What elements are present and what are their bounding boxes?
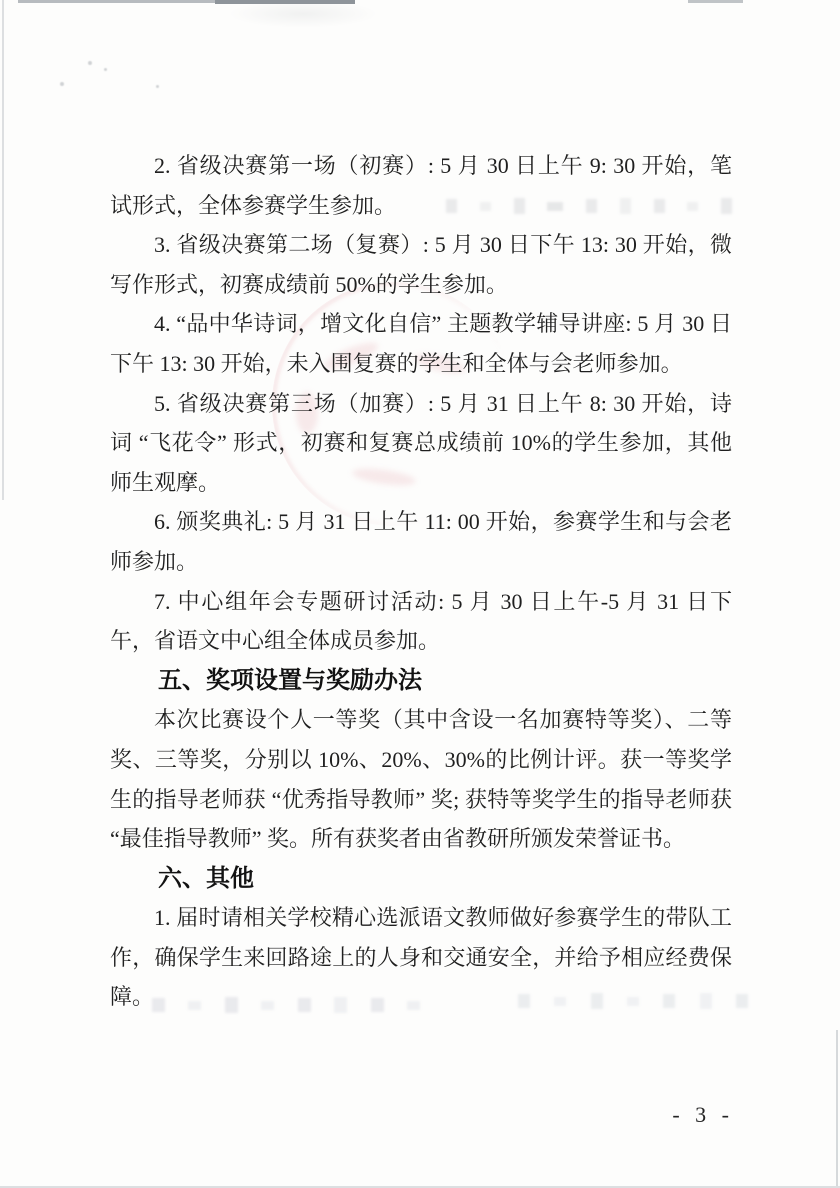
paragraph-item-7-seminar: 7. 中心组年会专题研讨活动: 5 月 30 日上午-5 月 31 日下午，省语…	[110, 582, 732, 661]
scan-edge-artifact	[836, 1030, 838, 1188]
scan-smudge-artifact	[228, 0, 378, 28]
paragraph-item-5-third-round: 5. 省级决赛第三场（加赛）: 5 月 31 日上午 8: 30 开始，诗词 “…	[110, 384, 732, 503]
scan-speck	[156, 85, 159, 88]
document-body: 2. 省级决赛第一场（初赛）: 5 月 30 日上午 9: 30 开始，笔试形式…	[110, 146, 732, 1017]
page-number: - 3 -	[672, 1102, 734, 1128]
scan-speck	[88, 61, 92, 65]
scan-speck	[60, 82, 64, 86]
paragraph-item-3-second-round: 3. 省级决赛第二场（复赛）: 5 月 30 日下午 13: 30 开始，微写作…	[110, 225, 732, 304]
heading-section-5-awards: 五、奖项设置与奖励办法	[110, 661, 732, 701]
scanned-document-page: 2. 省级决赛第一场（初赛）: 5 月 30 日上午 9: 30 开始，笔试形式…	[0, 0, 840, 1188]
scan-edge-artifact	[2, 0, 4, 500]
paragraph-others-item-1: 1. 届时请相关学校精心选派语文教师做好参赛学生的带队工作，确保学生来回路途上的…	[110, 898, 732, 1017]
heading-section-6-others: 六、其他	[110, 859, 732, 899]
paragraph-item-2-first-round: 2. 省级决赛第一场（初赛）: 5 月 30 日上午 9: 30 开始，笔试形式…	[110, 146, 732, 225]
scan-edge-artifact	[18, 0, 218, 3]
scan-edge-artifact	[688, 0, 743, 3]
paragraph-item-6-award-ceremony: 6. 颁奖典礼: 5 月 31 日上午 11: 00 开始，参赛学生和与会老师参…	[110, 502, 732, 581]
paragraph-item-4-lecture: 4. “品中华诗词，增文化自信” 主题教学辅导讲座: 5 月 30 日下午 13…	[110, 304, 732, 383]
paragraph-awards-detail: 本次比赛设个人一等奖（其中含设一名加赛特等奖）、二等奖、三等奖，分别以 10%、…	[110, 700, 732, 858]
scan-speck	[104, 68, 107, 71]
